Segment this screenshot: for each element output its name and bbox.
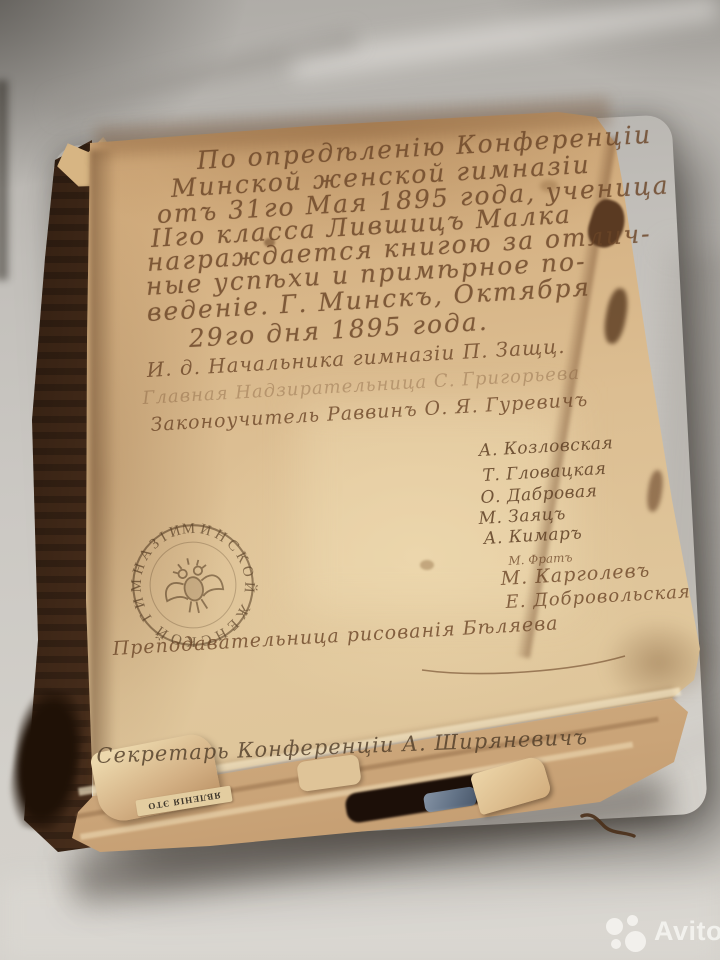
avito-watermark: Avito — [598, 908, 718, 954]
cloth-fold-highlight — [290, 0, 719, 80]
avito-circle-large — [625, 931, 646, 952]
avito-circle-small-top — [627, 915, 638, 926]
double-headed-eagle-icon — [159, 552, 227, 619]
twig-icon — [578, 810, 638, 842]
avito-circle-small-bottom — [611, 939, 621, 949]
signature-flourish — [420, 652, 630, 678]
cloth-fold-shadow — [52, 29, 358, 116]
avito-circle-medium — [606, 918, 623, 935]
photo-of-antique-book: ЯВЛЕНІЯ ЭТО МИНСКОЙ ЖЕНСКОЙ ГИМНАЗІИ ✳ П… — [0, 0, 720, 960]
avito-label: Avito — [654, 916, 720, 947]
photo-left-edge-smudge — [0, 80, 8, 280]
